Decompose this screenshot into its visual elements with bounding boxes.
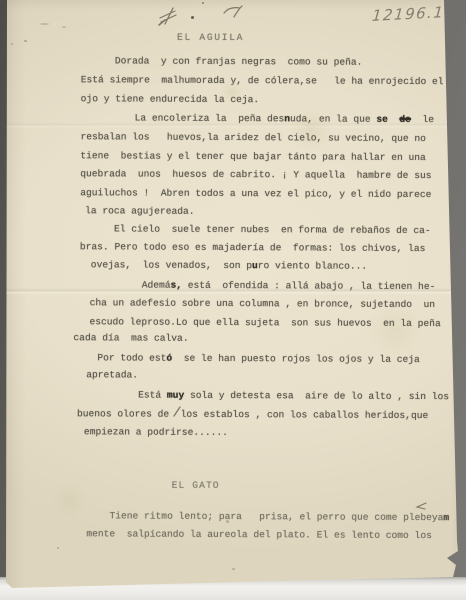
section-title-el-aguila: EL AGUILA xyxy=(177,32,244,44)
typewritten-layer: EL AGUILADorada y con franjas negras com… xyxy=(0,0,466,600)
typewritten-line: aguiluchos ! Abren todos a una vez el pi… xyxy=(80,187,431,201)
typewritten-line: bras. Pero todo eso es majadería de form… xyxy=(80,241,425,255)
typewritten-line: cada día mas calva. xyxy=(73,332,188,345)
paper-speck xyxy=(232,568,235,570)
typewritten-line: empiezan a podrirse...... xyxy=(84,426,228,439)
typewritten-line: apretada. xyxy=(86,369,138,381)
paper-speck xyxy=(24,40,27,42)
pencil-squiggle-mark xyxy=(222,4,246,20)
typewritten-line: quebrada unos huesos de cabrito. ¡ Y aqu… xyxy=(80,168,431,182)
typewritten-line: Tiene ritmo lento; para prisa, el perro … xyxy=(109,510,449,524)
typewritten-line: La encoleriza la peña desnuda, en la que… xyxy=(135,112,434,126)
pencil-hash-mark xyxy=(156,6,182,26)
typewritten-line: cha un adefesio sobre una columna , en b… xyxy=(90,297,435,311)
pencil-caret-mark xyxy=(414,501,428,511)
paper-speck xyxy=(57,547,59,549)
typewritten-line: tiene bestias y el tener que bajar tánto… xyxy=(80,150,425,164)
typewritten-line: ojo y tiene endurecida la ceja. xyxy=(81,93,260,106)
paper-speck xyxy=(202,2,204,4)
paper-speck xyxy=(191,16,194,19)
paper-sheet: EL AGUILADorada y con franjas negras com… xyxy=(0,0,466,600)
typewritten-line: Está muy sola y detesta esa aire de lo a… xyxy=(138,390,449,404)
typewritten-line: Por todo estó se le han puesto rojos los… xyxy=(97,352,419,366)
typewritten-line: El cielo suele tener nubes en forma de r… xyxy=(114,223,431,237)
typewritten-line: resbalan los huevos,la aridez del cielo,… xyxy=(80,131,425,145)
paper-speck xyxy=(62,26,66,28)
typewritten-line: Dorada y con franjas negras como su peña… xyxy=(115,55,363,68)
paper-speck xyxy=(226,520,229,523)
paper-speck xyxy=(11,43,13,45)
typewritten-line: Está siempre malhumorada y, de cólera,se… xyxy=(81,74,444,88)
typewritten-line: ovejas, los venados, son puro viento bla… xyxy=(91,259,367,272)
typewritten-line: buenos olores de los establos , con los … xyxy=(77,408,428,422)
typewritten-line: escudo leproso.Lo que ella sujeta son su… xyxy=(89,316,440,330)
typewritten-line: Además, está ofendida : allá abajo , la … xyxy=(142,280,436,294)
typewritten-line: la roca agujereada. xyxy=(85,205,194,218)
pencil-comma-insertion-mark xyxy=(172,406,182,418)
paper-speck xyxy=(40,23,49,25)
section-title-el-gato: EL GATO xyxy=(172,480,220,492)
typewritten-line: mente salpícando la aureola del plato. E… xyxy=(86,528,431,542)
